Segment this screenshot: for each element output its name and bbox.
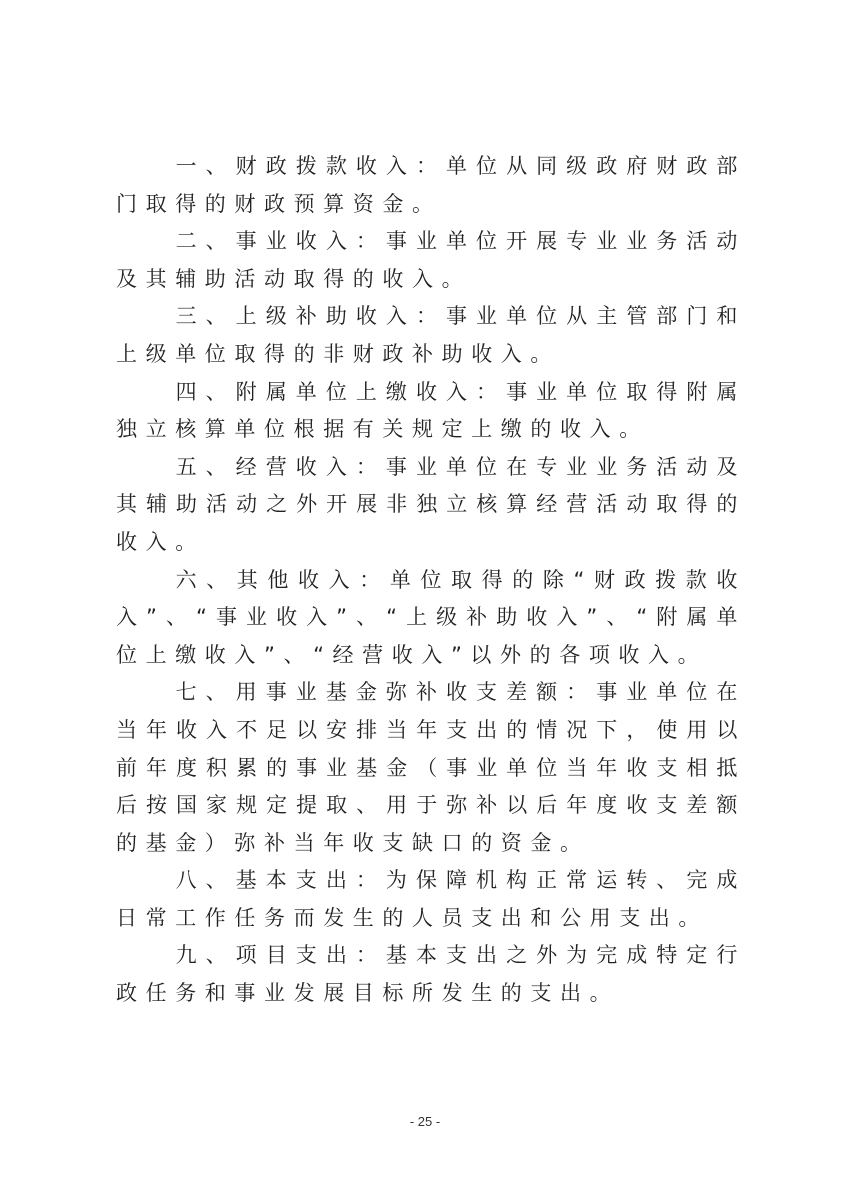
- paragraph-business-income: 二、事业收入：事业单位开展专业业务活动及其辅助活动取得的收入。: [116, 223, 746, 298]
- paragraph-operating-income: 五、经营收入：事业单位在专业业务活动及其辅助活动之外开展非独立核算经营活动取得的…: [116, 449, 746, 562]
- paragraph-affiliated-unit-remittance-income: 四、附属单位上缴收入：事业单位取得附属独立核算单位根据有关规定上缴的收入。: [116, 374, 746, 449]
- paragraph-business-fund-offset: 七、用事业基金弥补收支差额：事业单位在当年收入不足以安排当年支出的情况下，使用以…: [116, 674, 746, 862]
- page-number: - 25 -: [0, 1114, 850, 1129]
- paragraph-superior-subsidy-income: 三、上级补助收入：事业单位从主管部门和上级单位取得的非财政补助收入。: [116, 298, 746, 373]
- paragraph-other-income: 六、其他收入：单位取得的除“财政拨款收入”、“事业收入”、“上级补助收入”、“附…: [116, 562, 746, 675]
- paragraph-project-expenditure: 九、项目支出：基本支出之外为完成特定行政任务和事业发展目标所发生的支出。: [116, 937, 746, 1012]
- paragraph-fiscal-appropriation-income: 一、财政拨款收入：单位从同级政府财政部门取得的财政预算资金。: [116, 148, 746, 223]
- document-body: 一、财政拨款收入：单位从同级政府财政部门取得的财政预算资金。 二、事业收入：事业…: [116, 148, 746, 1013]
- document-page: 一、财政拨款收入：单位从同级政府财政部门取得的财政预算资金。 二、事业收入：事业…: [0, 0, 850, 1202]
- paragraph-basic-expenditure: 八、基本支出：为保障机构正常运转、完成日常工作任务而发生的人员支出和公用支出。: [116, 862, 746, 937]
